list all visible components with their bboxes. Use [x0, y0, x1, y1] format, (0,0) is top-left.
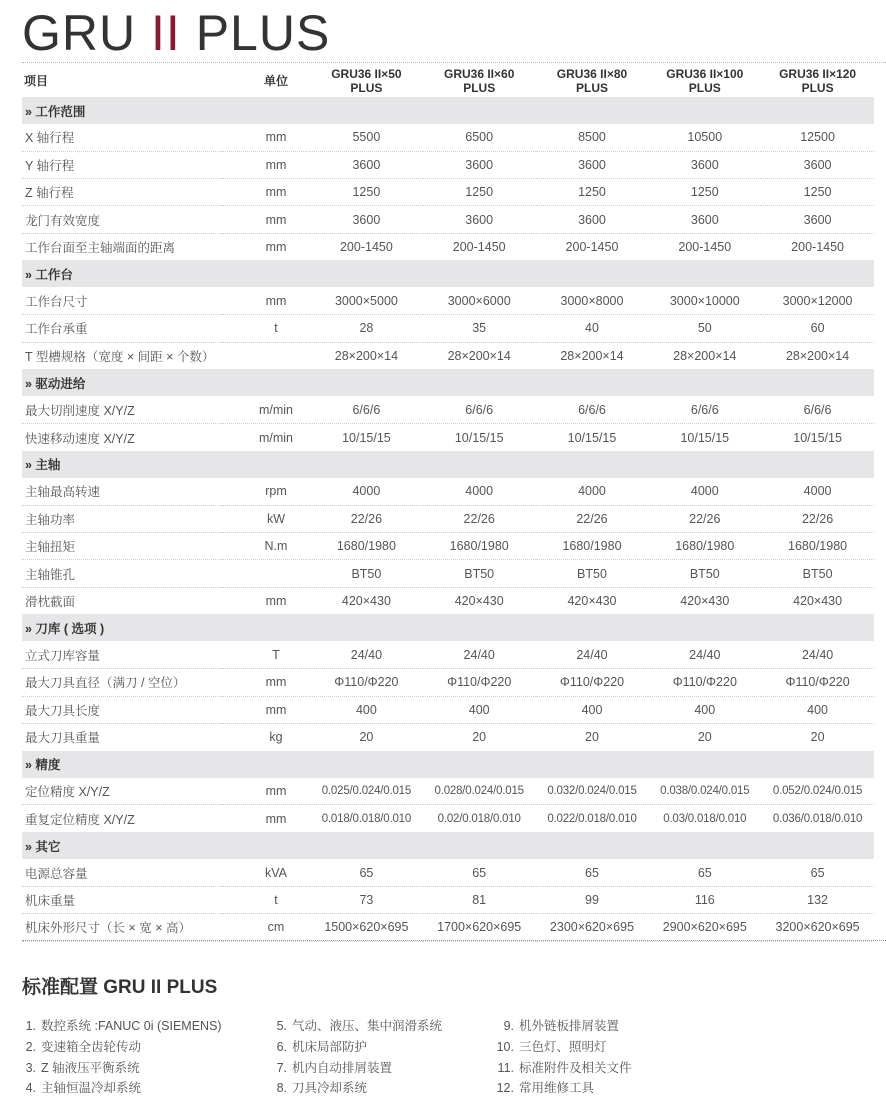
row-value: 3000×5000: [310, 287, 423, 314]
row-value: 1250: [761, 179, 874, 206]
row-unit: kW: [222, 505, 310, 532]
row-value: 10/15/15: [648, 424, 761, 451]
row-item-label: X 轴行程: [22, 124, 222, 151]
row-value: 24/40: [761, 641, 874, 668]
row-value: 6/6/6: [536, 396, 649, 423]
row-value: 5500: [310, 124, 423, 151]
row-value: 65: [423, 859, 536, 886]
table-row: Y 轴行程mm36003600360036003600: [22, 151, 874, 178]
table-row: 机床外形尺寸（长 × 宽 × 高）cm1500×620×6951700×620×…: [22, 914, 874, 941]
row-unit: mm: [222, 805, 310, 832]
item-number: 1.: [22, 1016, 36, 1037]
item-text: 变速箱全齿轮传动: [41, 1040, 141, 1054]
item-number: 2.: [22, 1037, 36, 1058]
section-header-row: » 主轴: [22, 451, 874, 478]
standard-config-item: 2.变速箱全齿轮传动: [22, 1037, 222, 1058]
row-value: 3600: [423, 151, 536, 178]
item-number: 12.: [494, 1078, 514, 1099]
row-value: 3600: [423, 206, 536, 233]
row-value: 3000×10000: [648, 287, 761, 314]
standard-config-item: 12.常用维修工具: [494, 1078, 632, 1099]
standard-config-title: 标准配置 GRU II PLUS: [22, 972, 217, 999]
header-model-80: GRU36 II×80PLUS: [536, 64, 649, 97]
row-value: 50: [648, 315, 761, 342]
spec-table: 项目 单位 GRU36 II×50PLUS GRU36 II×60PLUS GR…: [22, 64, 874, 942]
row-unit: T: [222, 641, 310, 668]
row-item-label: Y 轴行程: [22, 151, 222, 178]
standard-config-item: 11.标准附件及相关文件: [494, 1058, 632, 1079]
standard-config-item: 10.三色灯、照明灯: [494, 1037, 632, 1058]
row-value: 6/6/6: [761, 396, 874, 423]
row-value: 3600: [761, 151, 874, 178]
row-item-label: 最大刀具重量: [22, 723, 222, 750]
row-value: 24/40: [536, 641, 649, 668]
row-value: 400: [648, 696, 761, 723]
table-row: T 型槽规格（宽度 × 间距 × 个数）28×200×1428×200×1428…: [22, 342, 874, 369]
section-title: » 驱动进给: [22, 369, 874, 396]
row-item-label: 主轴最高转速: [22, 478, 222, 505]
row-unit: [222, 560, 310, 587]
section-header-row: » 工作范围: [22, 97, 874, 124]
row-value: 35: [423, 315, 536, 342]
row-value: 24/40: [648, 641, 761, 668]
row-value: BT50: [536, 560, 649, 587]
row-value: 1250: [423, 179, 536, 206]
row-value: 4000: [423, 478, 536, 505]
table-row: 最大刀具直径（满刀 / 空位）mmΦ110/Φ220Φ110/Φ220Φ110/…: [22, 669, 874, 696]
row-value: 20: [536, 723, 649, 750]
table-row: 工作台面至主轴端面的距离mm200-1450200-1450200-145020…: [22, 233, 874, 260]
row-value: 4000: [648, 478, 761, 505]
row-value: 10500: [648, 124, 761, 151]
row-value: 28: [310, 315, 423, 342]
item-number: 8.: [273, 1078, 287, 1099]
row-value: 400: [310, 696, 423, 723]
row-value: 22/26: [536, 505, 649, 532]
table-row: 龙门有效宽度mm36003600360036003600: [22, 206, 874, 233]
row-unit: mm: [222, 669, 310, 696]
item-number: 9.: [494, 1016, 514, 1037]
standard-config-item: 5.气动、液压、集中润滑系统: [273, 1016, 442, 1037]
row-value: BT50: [310, 560, 423, 587]
row-value: 1700×620×695: [423, 914, 536, 941]
row-value: BT50: [761, 560, 874, 587]
title-suffix: PLUS: [181, 5, 331, 61]
section-header-row: » 其它: [22, 832, 874, 859]
table-row: 工作台尺寸mm3000×50003000×60003000×80003000×1…: [22, 287, 874, 314]
row-value: 6/6/6: [648, 396, 761, 423]
row-item-label: 主轴扭矩: [22, 533, 222, 560]
row-unit: mm: [222, 287, 310, 314]
row-value: 200-1450: [761, 233, 874, 260]
row-value: 420×430: [648, 587, 761, 614]
section-title: » 主轴: [22, 451, 874, 478]
item-text: 机内自动排屑装置: [292, 1061, 392, 1075]
standard-config-item: 1.数控系统 :FANUC 0i (SIEMENS): [22, 1016, 222, 1037]
standard-config-item: 9.机外链板排屑装置: [494, 1016, 632, 1037]
standard-config-item: 7.机内自动排屑装置: [273, 1058, 442, 1079]
item-text: 数控系统 :FANUC 0i (SIEMENS): [41, 1019, 222, 1033]
row-unit: m/min: [222, 396, 310, 423]
row-item-label: 工作台面至主轴端面的距离: [22, 233, 222, 260]
standard-config-column-3: 9.机外链板排屑装置10.三色灯、照明灯11.标准附件及相关文件12.常用维修工…: [494, 1016, 632, 1099]
row-item-label: 重复定位精度 X/Y/Z: [22, 805, 222, 832]
row-item-label: 定位精度 X/Y/Z: [22, 778, 222, 805]
header-model-100: GRU36 II×100PLUS: [648, 64, 761, 97]
row-value: 1680/1980: [761, 533, 874, 560]
row-value: 4000: [536, 478, 649, 505]
row-value: 420×430: [423, 587, 536, 614]
section-header-row: » 刀库 ( 选项 ): [22, 614, 874, 641]
row-value: 0.052/0.024/0.015: [761, 778, 874, 805]
table-row: 快速移动速度 X/Y/Zm/min10/15/1510/15/1510/15/1…: [22, 424, 874, 451]
table-row: 最大刀具长度mm400400400400400: [22, 696, 874, 723]
item-text: Z 轴液压平衡系统: [41, 1061, 140, 1075]
title-roman-numeral: II: [151, 5, 181, 61]
row-value: 10/15/15: [310, 424, 423, 451]
row-unit: mm: [222, 696, 310, 723]
row-value: Φ110/Φ220: [423, 669, 536, 696]
row-value: 24/40: [310, 641, 423, 668]
row-unit: mm: [222, 124, 310, 151]
row-value: 0.022/0.018/0.010: [536, 805, 649, 832]
row-unit: mm: [222, 778, 310, 805]
row-value: 3000×6000: [423, 287, 536, 314]
item-text: 机外链板排屑装置: [519, 1019, 619, 1033]
row-item-label: 机床外形尺寸（长 × 宽 × 高）: [22, 914, 222, 941]
table-row: 主轴扭矩N.m1680/19801680/19801680/19801680/1…: [22, 533, 874, 560]
standard-config-item: 6.机床局部防护: [273, 1037, 442, 1058]
table-row: 工作台承重t2835405060: [22, 315, 874, 342]
row-value: 400: [536, 696, 649, 723]
item-text: 刀具冷却系统: [292, 1081, 367, 1095]
row-unit: mm: [222, 206, 310, 233]
row-value: 65: [648, 859, 761, 886]
row-item-label: 滑枕截面: [22, 587, 222, 614]
row-value: 0.028/0.024/0.015: [423, 778, 536, 805]
row-value: 3600: [536, 151, 649, 178]
row-value: 20: [761, 723, 874, 750]
header-model-60: GRU36 II×60PLUS: [423, 64, 536, 97]
row-value: 3600: [310, 206, 423, 233]
section-title: » 刀库 ( 选项 ): [22, 614, 874, 641]
row-value: 4000: [761, 478, 874, 505]
row-value: 12500: [761, 124, 874, 151]
row-value: 3600: [648, 206, 761, 233]
row-item-label: 电源总容量: [22, 859, 222, 886]
standard-config-item: 8.刀具冷却系统: [273, 1078, 442, 1099]
table-header-row: 项目 单位 GRU36 II×50PLUS GRU36 II×60PLUS GR…: [22, 64, 874, 97]
row-value: 3000×12000: [761, 287, 874, 314]
row-value: 132: [761, 887, 874, 914]
row-value: 1250: [536, 179, 649, 206]
table-row: 主轴最高转速rpm40004000400040004000: [22, 478, 874, 505]
row-value: 81: [423, 887, 536, 914]
row-value: 1680/1980: [648, 533, 761, 560]
row-value: 22/26: [761, 505, 874, 532]
row-value: 200-1450: [536, 233, 649, 260]
row-value: 10/15/15: [761, 424, 874, 451]
table-row: 最大切削速度 X/Y/Zm/min6/6/66/6/66/6/66/6/66/6…: [22, 396, 874, 423]
row-value: 0.038/0.024/0.015: [648, 778, 761, 805]
row-value: 24/40: [423, 641, 536, 668]
item-number: 4.: [22, 1078, 36, 1099]
row-value: 28×200×14: [648, 342, 761, 369]
section-title: » 工作台: [22, 260, 874, 287]
row-unit: kg: [222, 723, 310, 750]
row-unit: cm: [222, 914, 310, 941]
row-value: 0.032/0.024/0.015: [536, 778, 649, 805]
item-text: 气动、液压、集中润滑系统: [292, 1019, 442, 1033]
row-value: Φ110/Φ220: [310, 669, 423, 696]
row-value: 3600: [536, 206, 649, 233]
section-header-row: » 驱动进给: [22, 369, 874, 396]
row-item-label: Z 轴行程: [22, 179, 222, 206]
header-unit: 单位: [222, 64, 310, 97]
row-value: 20: [310, 723, 423, 750]
row-value: 0.02/0.018/0.010: [423, 805, 536, 832]
row-value: 2300×620×695: [536, 914, 649, 941]
row-value: 10/15/15: [423, 424, 536, 451]
row-value: BT50: [648, 560, 761, 587]
section-title: » 精度: [22, 751, 874, 778]
row-item-label: 立式刀库容量: [22, 641, 222, 668]
row-value: 200-1450: [423, 233, 536, 260]
row-value: 420×430: [536, 587, 649, 614]
table-row: 电源总容量kVA6565656565: [22, 859, 874, 886]
row-value: Φ110/Φ220: [536, 669, 649, 696]
row-value: 3600: [310, 151, 423, 178]
row-value: 28×200×14: [423, 342, 536, 369]
row-value: 6/6/6: [310, 396, 423, 423]
bottom-divider: [22, 940, 886, 941]
row-value: 10/15/15: [536, 424, 649, 451]
row-item-label: 最大刀具长度: [22, 696, 222, 723]
row-value: 65: [536, 859, 649, 886]
section-title: » 其它: [22, 832, 874, 859]
row-value: 1250: [310, 179, 423, 206]
row-value: 22/26: [648, 505, 761, 532]
row-value: BT50: [423, 560, 536, 587]
row-item-label: 工作台承重: [22, 315, 222, 342]
row-value: 420×430: [310, 587, 423, 614]
row-value: Φ110/Φ220: [761, 669, 874, 696]
row-unit: mm: [222, 587, 310, 614]
row-item-label: 机床重量: [22, 887, 222, 914]
row-value: 0.018/0.018/0.010: [310, 805, 423, 832]
row-value: 40: [536, 315, 649, 342]
table-row: 重复定位精度 X/Y/Zmm0.018/0.018/0.0100.02/0.01…: [22, 805, 874, 832]
standard-config-item: 3.Z 轴液压平衡系统: [22, 1058, 222, 1079]
page-title: GRU II PLUS: [22, 6, 330, 60]
row-value: 420×430: [761, 587, 874, 614]
item-text: 机床局部防护: [292, 1040, 367, 1054]
row-value: 6/6/6: [423, 396, 536, 423]
row-value: 2900×620×695: [648, 914, 761, 941]
row-value: 22/26: [423, 505, 536, 532]
row-value: 1250: [648, 179, 761, 206]
row-item-label: 主轴锥孔: [22, 560, 222, 587]
row-value: 0.03/0.018/0.010: [648, 805, 761, 832]
row-unit: m/min: [222, 424, 310, 451]
header-model-120: GRU36 II×120PLUS: [761, 64, 874, 97]
item-text: 三色灯、照明灯: [519, 1040, 607, 1054]
table-row: 机床重量t738199116132: [22, 887, 874, 914]
row-value: 28×200×14: [536, 342, 649, 369]
table-row: 滑枕截面mm420×430420×430420×430420×430420×43…: [22, 587, 874, 614]
item-number: 7.: [273, 1058, 287, 1079]
table-row: 主轴锥孔BT50BT50BT50BT50BT50: [22, 560, 874, 587]
row-value: Φ110/Φ220: [648, 669, 761, 696]
row-value: 1680/1980: [310, 533, 423, 560]
row-unit: mm: [222, 179, 310, 206]
row-value: 200-1450: [310, 233, 423, 260]
row-value: 99: [536, 887, 649, 914]
row-value: 3200×620×695: [761, 914, 874, 941]
standard-config-item: 4.主轴恒温冷却系统: [22, 1078, 222, 1099]
section-title: » 工作范围: [22, 97, 874, 124]
row-value: 116: [648, 887, 761, 914]
section-header-row: » 精度: [22, 751, 874, 778]
row-value: 0.025/0.024/0.015: [310, 778, 423, 805]
table-row: 定位精度 X/Y/Zmm0.025/0.024/0.0150.028/0.024…: [22, 778, 874, 805]
table-row: 最大刀具重量kg2020202020: [22, 723, 874, 750]
table-row: Z 轴行程mm12501250125012501250: [22, 179, 874, 206]
table-row: 主轴功率kW22/2622/2622/2622/2622/26: [22, 505, 874, 532]
row-value: 200-1450: [648, 233, 761, 260]
item-number: 5.: [273, 1016, 287, 1037]
row-value: 22/26: [310, 505, 423, 532]
row-value: 1680/1980: [423, 533, 536, 560]
item-text: 常用维修工具: [519, 1081, 594, 1095]
table-row: X 轴行程mm5500650085001050012500: [22, 124, 874, 151]
row-value: 65: [761, 859, 874, 886]
top-divider: [22, 62, 886, 63]
row-unit: rpm: [222, 478, 310, 505]
row-unit: t: [222, 887, 310, 914]
standard-config-column-1: 1.数控系统 :FANUC 0i (SIEMENS)2.变速箱全齿轮传动3.Z …: [22, 1016, 222, 1099]
item-text: 标准附件及相关文件: [519, 1061, 632, 1075]
row-value: 60: [761, 315, 874, 342]
item-number: 3.: [22, 1058, 36, 1079]
row-item-label: 主轴功率: [22, 505, 222, 532]
row-value: 6500: [423, 124, 536, 151]
row-item-label: 最大刀具直径（满刀 / 空位）: [22, 669, 222, 696]
row-unit: N.m: [222, 533, 310, 560]
row-value: 1500×620×695: [310, 914, 423, 941]
row-value: 65: [310, 859, 423, 886]
item-number: 11.: [494, 1058, 514, 1079]
row-item-label: T 型槽规格（宽度 × 间距 × 个数）: [22, 342, 222, 369]
row-value: 20: [423, 723, 536, 750]
row-unit: t: [222, 315, 310, 342]
standard-config-column-2: 5.气动、液压、集中润滑系统6.机床局部防护7.机内自动排屑装置8.刀具冷却系统: [273, 1016, 442, 1099]
header-model-50: GRU36 II×50PLUS: [310, 64, 423, 97]
section-header-row: » 工作台: [22, 260, 874, 287]
row-value: 0.036/0.018/0.010: [761, 805, 874, 832]
row-item-label: 最大切削速度 X/Y/Z: [22, 396, 222, 423]
row-item-label: 工作台尺寸: [22, 287, 222, 314]
row-value: 73: [310, 887, 423, 914]
row-value: 20: [648, 723, 761, 750]
row-unit: mm: [222, 151, 310, 178]
row-value: 3600: [648, 151, 761, 178]
row-value: 28×200×14: [310, 342, 423, 369]
row-value: 28×200×14: [761, 342, 874, 369]
row-unit: mm: [222, 233, 310, 260]
row-item-label: 快速移动速度 X/Y/Z: [22, 424, 222, 451]
header-item: 项目: [22, 64, 222, 97]
row-value: 8500: [536, 124, 649, 151]
row-value: 1680/1980: [536, 533, 649, 560]
row-value: 3600: [761, 206, 874, 233]
row-value: 4000: [310, 478, 423, 505]
title-prefix: GRU: [22, 5, 151, 61]
item-number: 10.: [494, 1037, 514, 1058]
row-value: 3000×8000: [536, 287, 649, 314]
item-number: 6.: [273, 1037, 287, 1058]
table-row: 立式刀库容量T24/4024/4024/4024/4024/40: [22, 641, 874, 668]
row-unit: [222, 342, 310, 369]
row-value: 400: [423, 696, 536, 723]
row-value: 400: [761, 696, 874, 723]
item-text: 主轴恒温冷却系统: [41, 1081, 141, 1095]
row-unit: kVA: [222, 859, 310, 886]
row-item-label: 龙门有效宽度: [22, 206, 222, 233]
